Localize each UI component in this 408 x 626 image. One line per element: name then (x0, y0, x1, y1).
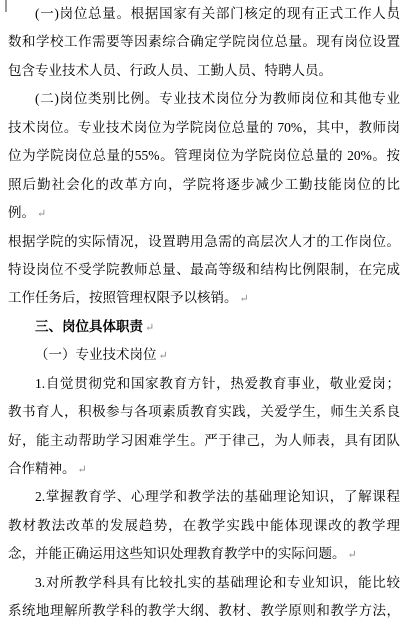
margin-crop-mark-left (5, 0, 7, 12)
doc-line-20: 念，并能正确运用这些知识处理教育教学中的实际问题。↵ (8, 540, 400, 568)
doc-line-17: 合作精神。↵ (8, 455, 400, 483)
document-text-block: (一)岗位总量。根据国家有关部门核定的现有正式工作人员 数和学校工作需要等因素综… (8, 0, 400, 626)
line-text: 例。 (8, 205, 35, 220)
paragraph-mark-icon: ↵ (37, 208, 46, 220)
line-text: 数和学校工作需要等因素综合确定学院岗位总量。现有岗位设置 (8, 34, 400, 49)
line-text: 念，并能正确运用这些知识处理教育教学中的实际问题。 (8, 546, 346, 561)
doc-line-10: 特设岗位不受学院教师总量、最高等级和结构比例限制，在完成 (8, 256, 400, 284)
doc-line-21: 3.对所教学科具有比较扎实的基础理论和专业知识，能比较 (8, 569, 400, 597)
doc-line-2: 数和学校工作需要等因素综合确定学院岗位总量。现有岗位设置 (8, 28, 400, 56)
paragraph-mark-icon: ↵ (159, 350, 168, 362)
line-text: 好，能主动帮助学习困难学生。严于律己，为人师表，具有团队 (8, 433, 400, 448)
line-text: 教书育人，积极参与各项素质教育实践，关爱学生，师生关系良 (8, 404, 400, 419)
doc-line-14: 1.自觉贯彻党和国家教育方针，热爱教育事业，敬业爱岗； (8, 370, 400, 398)
line-text: (二)岗位类别比例。专业技术岗位分为教师岗位和其他专业 (35, 91, 400, 106)
doc-line-22: 系统地理解所教学科的教学大纲、教材、教学原则和教学方法， (8, 597, 400, 625)
line-text: 工作任务后，按照管理权限予以核销。 (8, 290, 238, 305)
doc-line-19: 教材教法改革的发展趋势，在教学实践中能体现课改的教学理 (8, 512, 400, 540)
line-text: 根据学院的实际情况，设置聘用急需的高层次人才的工作岗位。 (8, 234, 400, 249)
section-three-heading: 三、岗位具体职责↵ (8, 313, 400, 341)
line-text: 包含专业技术人员、行政人员、工勤人员、特聘人员。 (8, 63, 325, 78)
line-text: (一)岗位总量。根据国家有关部门核定的现有正式工作人员 (35, 6, 400, 21)
line-text: 照后勤社会化的改革方向，学院将逐步减少工勤技能岗位的比 (8, 177, 400, 192)
doc-line-7: 照后勤社会化的改革方向，学院将逐步减少工勤技能岗位的比 (8, 171, 400, 199)
line-text: 合作精神。 (8, 461, 76, 476)
subheading-professional-technical-posts: （一）专业技术岗位↵ (8, 341, 400, 369)
line-text: 特设岗位不受学院教师总量、最高等级和结构比例限制，在完成 (8, 262, 400, 277)
heading-text: 三、岗位具体职责 (35, 319, 143, 334)
document-page[interactable]: (一)岗位总量。根据国家有关部门核定的现有正式工作人员 数和学校工作需要等因素综… (0, 0, 408, 626)
subheading-text: （一）专业技术岗位 (35, 347, 157, 362)
doc-line-5: 技术岗位。专业技术岗位为学院岗位总量的 70%，其中，教师岗 (8, 114, 400, 142)
doc-line-3: 包含专业技术人员、行政人员、工勤人员、特聘人员。··········· (8, 57, 400, 85)
line-text: 技术岗位。专业技术岗位为学院岗位总量的 70%，其中，教师岗 (8, 120, 400, 135)
doc-line-1: (一)岗位总量。根据国家有关部门核定的现有正式工作人员 (8, 0, 400, 28)
doc-line-15: 教书育人，积极参与各项素质教育实践，关爱学生，师生关系良 (8, 398, 400, 426)
paragraph-mark-icon: ↵ (78, 464, 87, 476)
paragraph-mark-icon: ↵ (145, 322, 154, 334)
doc-line-18: 2.掌握教育学、心理学和教学法的基础理论知识，了解课程 (8, 483, 400, 511)
line-text: 2.掌握教育学、心理学和教学法的基础理论知识，了解课程 (35, 489, 400, 504)
line-text: 系统地理解所教学科的教学大纲、教材、教学原则和教学方法， (8, 603, 400, 618)
line-text: 3.对所教学科具有比较扎实的基础理论和专业知识，能比较 (35, 575, 400, 590)
doc-line-9: 根据学院的实际情况，设置聘用急需的高层次人才的工作岗位。 (8, 228, 400, 256)
line-text: 教材教法改革的发展趋势，在教学实践中能体现课改的教学理 (8, 518, 400, 533)
line-text: 1.自觉贯彻党和国家教育方针，热爱教育事业，敬业爱岗； (35, 376, 400, 391)
doc-line-11: 工作任务后，按照管理权限予以核销。↵ (8, 284, 400, 312)
doc-line-8: 例。↵ (8, 199, 400, 227)
line-text: 位为学院岗位总量的55%。管理岗位为学院岗位总量的 20%。按 (8, 148, 400, 163)
paragraph-mark-icon: ↵ (348, 549, 357, 561)
doc-line-6: 位为学院岗位总量的55%。管理岗位为学院岗位总量的 20%。按 (8, 142, 400, 170)
paragraph-mark-icon: ↵ (240, 293, 249, 305)
doc-line-16: 好，能主动帮助学习困难学生。严于律己，为人师表，具有团队 (8, 427, 400, 455)
doc-line-4: (二)岗位类别比例。专业技术岗位分为教师岗位和其他专业 (8, 85, 400, 113)
